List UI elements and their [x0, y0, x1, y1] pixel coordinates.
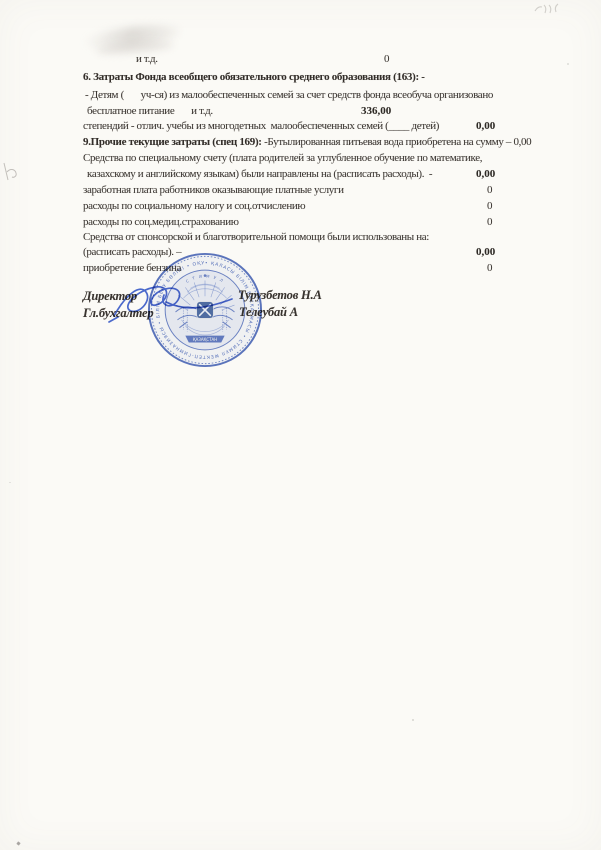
line-amount: 0: [487, 215, 493, 229]
stamp-banner-text: ҚАЗАҚСТАН: [193, 337, 217, 342]
line-text: - Детям ( уч-ся) из малообеспеченных сем…: [85, 89, 493, 101]
document-line: и т.д.: [136, 52, 158, 66]
line-amount: 0: [487, 199, 493, 213]
document-line: Средства по специальному счету (плата ро…: [83, 151, 482, 165]
line-amount: 0,00: [476, 167, 495, 181]
line-text: Средства по специальному счету (плата ро…: [83, 152, 482, 164]
scan-speck: [16, 841, 20, 845]
document-line: казахскому и английскому языкам) были на…: [87, 167, 432, 181]
document-line: 9.Прочие текущие затраты (спец 169): -Бу…: [83, 135, 531, 149]
document-line: заработная плата работников оказывающие …: [83, 183, 344, 197]
line-text: расходы по соц.медиц.страхованию: [83, 216, 239, 228]
line-amount: 0: [487, 183, 493, 197]
line-text: степендий - отлич. учебы из многодетных …: [83, 120, 439, 132]
document-line: степендий - отлич. учебы из многодетных …: [83, 119, 439, 133]
scan-speck: [412, 719, 414, 721]
line-amount: 0: [384, 52, 390, 66]
line-amount: 0,00: [476, 245, 495, 259]
handwritten-signature: [104, 272, 274, 332]
scan-speck: [9, 482, 11, 483]
line-text: бесплатное питание и т.д.: [87, 105, 213, 117]
document-line: 6. Затраты Фонда всеобщего обязательного…: [83, 70, 425, 84]
line-text: Средства от спонсорской и благотворитель…: [83, 231, 429, 243]
margin-pencil-mark: [0, 160, 30, 200]
document-line: расходы по социальному налогу и соц.отчи…: [83, 199, 305, 213]
document-line: бесплатное питание и т.д.: [87, 104, 213, 118]
document-line: Средства от спонсорской и благотворитель…: [83, 230, 429, 244]
line-text: заработная плата работников оказывающие …: [83, 184, 344, 196]
line-text: -Бутылированная питьевая вода приобретен…: [262, 136, 532, 148]
line-amount: 0,00: [476, 119, 495, 133]
line-text: казахскому и английскому языкам) были на…: [87, 168, 432, 180]
line-amount: 0: [487, 261, 493, 275]
scanned-report-page: и т.д.06. Затраты Фонда всеобщего обязат…: [0, 0, 601, 850]
document-line: расходы по соц.медиц.страхованию: [83, 215, 239, 229]
line-text: расходы по социальному налогу и соц.отчи…: [83, 200, 305, 212]
line-text-bold: 6. Затраты Фонда всеобщего обязательного…: [83, 71, 425, 83]
document-line: - Детям ( уч-ся) из малообеспеченных сем…: [85, 88, 493, 102]
corner-scan-artifact: [532, 2, 562, 16]
line-text-bold: 9.Прочие текущие затраты (спец 169):: [83, 136, 262, 148]
line-amount: 336,00: [361, 104, 391, 118]
line-text: и т.д.: [136, 53, 158, 65]
scan-speck: [567, 63, 569, 65]
